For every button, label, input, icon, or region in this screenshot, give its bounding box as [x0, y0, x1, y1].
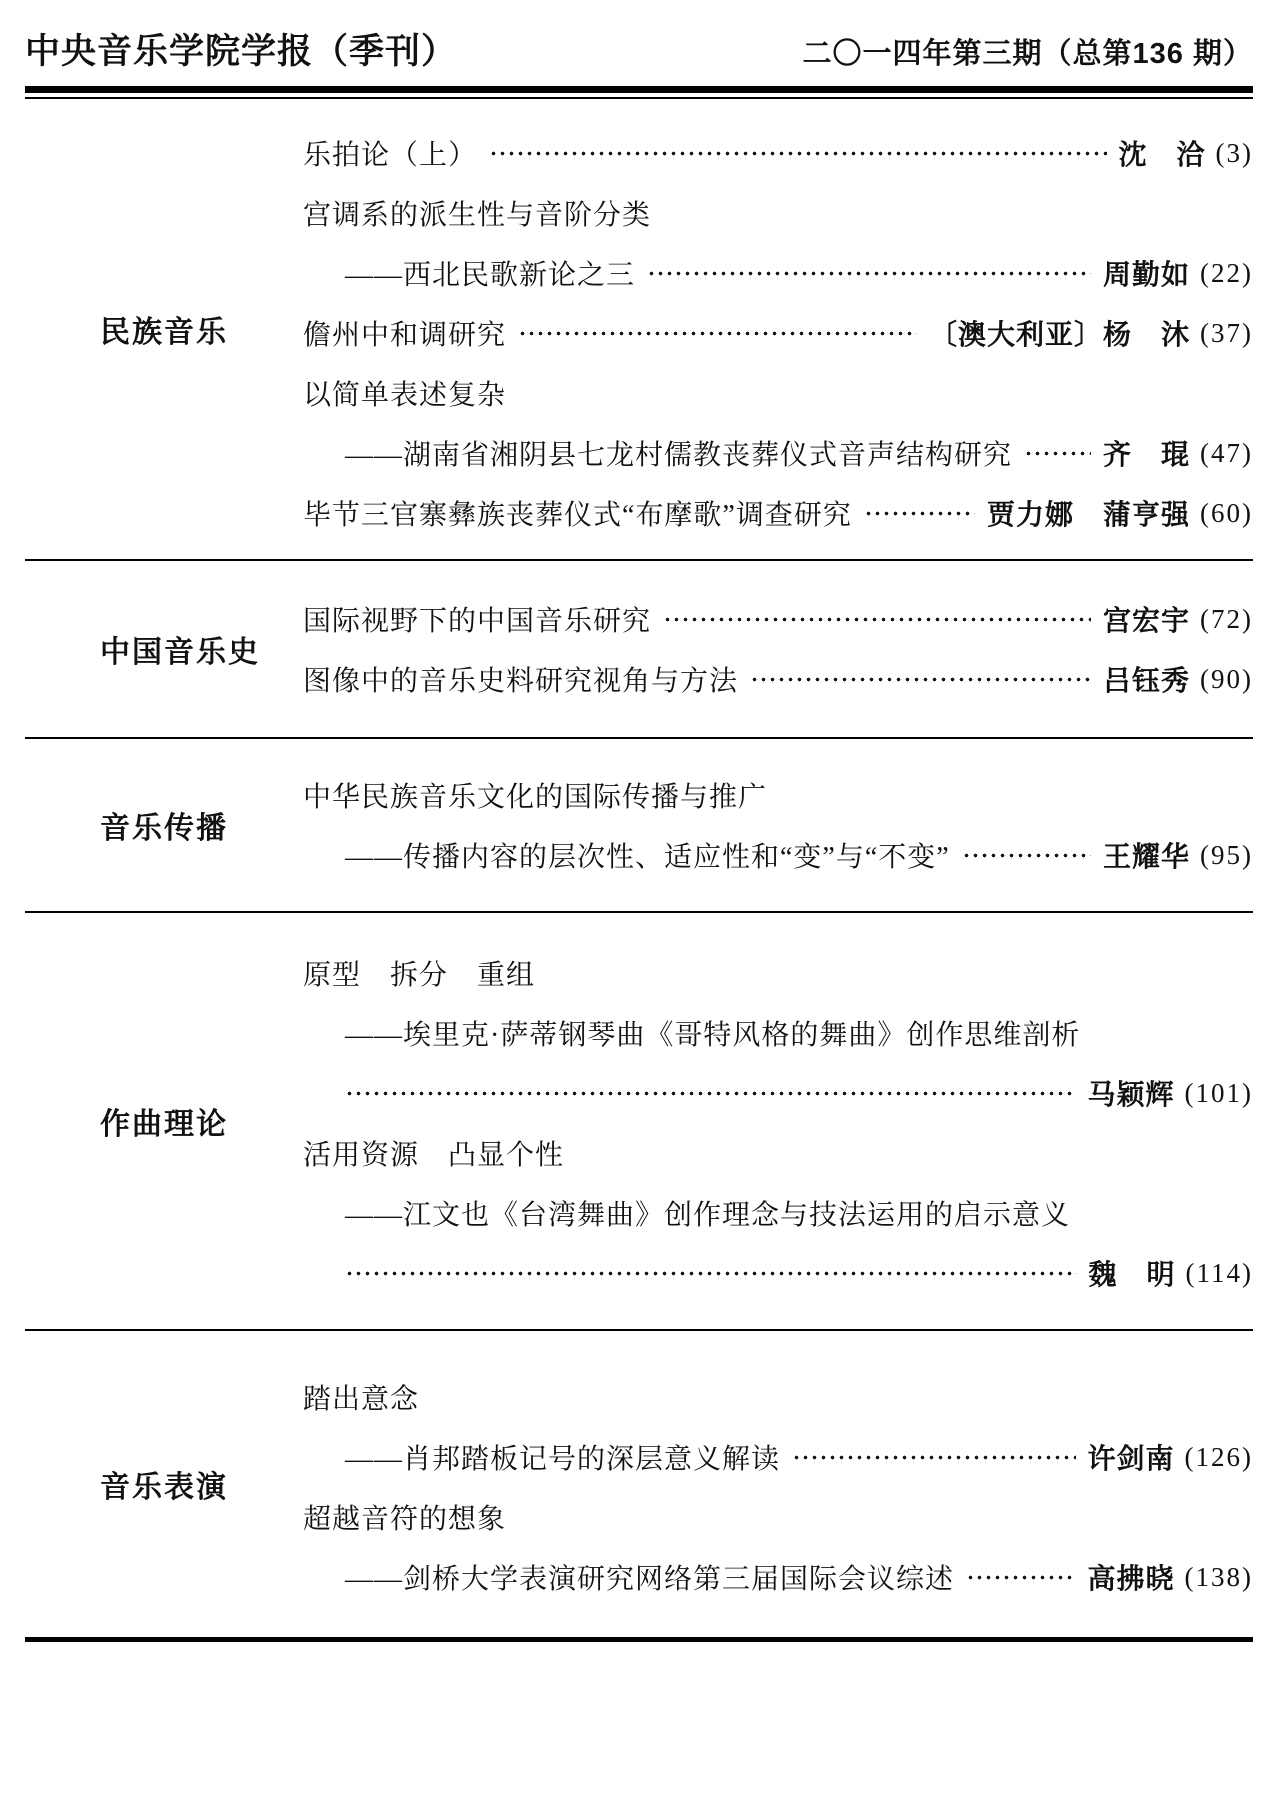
toc-entry-row: 马颖辉(101) — [303, 1063, 1253, 1123]
section-label: 音乐传播 — [25, 803, 228, 847]
toc-entry-row: ——传播内容的层次性、适应性和“变”与“不变”王耀华(95) — [303, 825, 1253, 885]
entry-author: 魏 明 — [1089, 1253, 1176, 1293]
dot-leader — [345, 1063, 1076, 1123]
toc-entry-row: 毕节三官寨彝族丧葬仪式“布摩歌”调查研究贾力娜 蒲亨强(60) — [303, 483, 1253, 543]
toc-entry-row: ——剑桥大学表演研究网络第三届国际会议综述高拂晓(138) — [303, 1547, 1253, 1607]
entry-title: 中华民族音乐文化的国际传播与推广 — [303, 775, 767, 815]
section-rows: 踏出意念——肖邦踏板记号的深层意义解读许剑南(126)超越音符的想象——剑桥大学… — [303, 1331, 1253, 1637]
toc-section-音乐传播: 音乐传播中华民族音乐文化的国际传播与推广——传播内容的层次性、适应性和“变”与“… — [25, 739, 1253, 911]
entry-author: 王耀华 — [1103, 835, 1190, 875]
entry-title: 宫调系的派生性与音阶分类 — [303, 193, 651, 233]
section-label-column: 作曲理论 — [25, 913, 303, 1329]
toc-entry-row: 宫调系的派生性与音阶分类 — [303, 183, 1253, 243]
dot-leader — [345, 1243, 1077, 1303]
journal-title: 中央音乐学院学报（季刊） — [25, 24, 457, 74]
entry-title: 超越音符的想象 — [303, 1497, 506, 1537]
entry-page-number: (90) — [1200, 664, 1253, 695]
toc-entry-row: 超越音符的想象 — [303, 1487, 1253, 1547]
entry-title: ——剑桥大学表演研究网络第三届国际会议综述 — [345, 1557, 954, 1597]
entry-page-number: (60) — [1200, 498, 1253, 529]
entry-page-number: (95) — [1200, 840, 1253, 871]
section-rows: 国际视野下的中国音乐研究宫宏宇(72)图像中的音乐史料研究视角与方法吕钰秀(90… — [303, 561, 1253, 737]
entry-author: 周勤如 — [1103, 253, 1190, 293]
toc-entry-row: 以简单表述复杂 — [303, 363, 1253, 423]
section-label-column: 中国音乐史 — [25, 561, 303, 737]
dot-leader — [647, 243, 1091, 303]
bottom-rule — [25, 1637, 1253, 1642]
entry-author: 高拂晓 — [1088, 1557, 1175, 1597]
toc-entry-row: ——湖南省湘阴县七龙村儒教丧葬仪式音声结构研究齐 琨(47) — [303, 423, 1253, 483]
entry-author: 贾力娜 蒲亨强 — [987, 493, 1190, 533]
section-label: 民族音乐 — [25, 307, 228, 351]
entry-title: 儋州中和调研究 — [303, 313, 506, 353]
toc-section-中国音乐史: 中国音乐史国际视野下的中国音乐研究宫宏宇(72)图像中的音乐史料研究视角与方法吕… — [25, 561, 1253, 737]
entry-page-number: (138) — [1185, 1562, 1253, 1593]
toc-entry-row: 图像中的音乐史料研究视角与方法吕钰秀(90) — [303, 649, 1253, 709]
dot-leader — [792, 1427, 1075, 1487]
toc-entry-row: 中华民族音乐文化的国际传播与推广 — [303, 765, 1253, 825]
entry-author: 〔澳大利亚〕杨 沐 — [929, 313, 1190, 353]
entry-author: 宫宏宇 — [1103, 599, 1190, 639]
entry-title: 以简单表述复杂 — [303, 373, 506, 413]
toc-section-作曲理论: 作曲理论原型 拆分 重组——埃里克·萨蒂钢琴曲《哥特风格的舞曲》创作思维剖析马颖… — [25, 913, 1253, 1329]
toc-entry-row: 国际视野下的中国音乐研究宫宏宇(72) — [303, 589, 1253, 649]
section-label: 作曲理论 — [25, 1099, 228, 1143]
entry-title: 踏出意念 — [303, 1377, 419, 1417]
entry-title: 原型 拆分 重组 — [303, 953, 535, 993]
toc-entry-row: 原型 拆分 重组 — [303, 943, 1253, 1003]
toc-entry-row: ——埃里克·萨蒂钢琴曲《哥特风格的舞曲》创作思维剖析 — [303, 1003, 1253, 1063]
section-label-column: 音乐表演 — [25, 1331, 303, 1637]
entry-page-number: (3) — [1216, 138, 1253, 169]
toc-entry-row: 儋州中和调研究〔澳大利亚〕杨 沐(37) — [303, 303, 1253, 363]
entry-author: 沈 洽 — [1119, 133, 1206, 173]
toc-entry-row: ——江文也《台湾舞曲》创作理念与技法运用的启示意义 — [303, 1183, 1253, 1243]
entry-title: ——肖邦踏板记号的深层意义解读 — [345, 1437, 780, 1477]
entry-title: 毕节三官寨彝族丧葬仪式“布摩歌”调查研究 — [303, 493, 852, 533]
section-label: 音乐表演 — [25, 1462, 228, 1506]
entry-author: 许剑南 — [1088, 1437, 1175, 1477]
issue-info: 二〇一四年第三期（总第136 期） — [803, 31, 1253, 74]
toc-entry-row: ——西北民歌新论之三周勤如(22) — [303, 243, 1253, 303]
toc-entry-row: 活用资源 凸显个性 — [303, 1123, 1253, 1183]
entry-page-number: (22) — [1200, 258, 1253, 289]
dot-leader — [489, 123, 1106, 183]
toc-entry-row: 乐拍论（上）沈 洽(3) — [303, 123, 1253, 183]
entry-page-number: (47) — [1200, 438, 1253, 469]
toc-entry-row: ——肖邦踏板记号的深层意义解读许剑南(126) — [303, 1427, 1253, 1487]
toc-content: 民族音乐乐拍论（上）沈 洽(3)宫调系的派生性与音阶分类——西北民歌新论之三周勤… — [25, 99, 1253, 1642]
entry-page-number: (101) — [1185, 1078, 1253, 1109]
dot-leader — [750, 649, 1091, 709]
entry-title: 图像中的音乐史料研究视角与方法 — [303, 659, 738, 699]
header-rule-thick — [25, 86, 1253, 93]
section-rows: 中华民族音乐文化的国际传播与推广——传播内容的层次性、适应性和“变”与“不变”王… — [303, 739, 1253, 911]
entry-page-number: (126) — [1185, 1442, 1253, 1473]
toc-section-音乐表演: 音乐表演踏出意念——肖邦踏板记号的深层意义解读许剑南(126)超越音符的想象——… — [25, 1331, 1253, 1637]
toc-entry-row: 魏 明(114) — [303, 1243, 1253, 1303]
entry-page-number: (114) — [1186, 1258, 1253, 1289]
section-label-column: 音乐传播 — [25, 739, 303, 911]
entry-title: 乐拍论（上） — [303, 133, 477, 173]
entry-page-number: (72) — [1200, 604, 1253, 635]
dot-leader — [1024, 423, 1091, 483]
journal-toc-page: 中央音乐学院学报（季刊） 二〇一四年第三期（总第136 期） 民族音乐乐拍论（上… — [0, 0, 1278, 1802]
toc-entry-row: 踏出意念 — [303, 1367, 1253, 1427]
entry-title: 活用资源 凸显个性 — [303, 1133, 564, 1173]
dot-leader — [962, 825, 1091, 885]
entry-title: ——湖南省湘阴县七龙村儒教丧葬仪式音声结构研究 — [345, 433, 1012, 473]
dot-leader — [518, 303, 917, 363]
entry-title: ——埃里克·萨蒂钢琴曲《哥特风格的舞曲》创作思维剖析 — [345, 1013, 1080, 1053]
dot-leader — [663, 589, 1091, 649]
entry-author: 马颖辉 — [1088, 1073, 1175, 1113]
section-label: 中国音乐史 — [25, 627, 260, 671]
toc-section-民族音乐: 民族音乐乐拍论（上）沈 洽(3)宫调系的派生性与音阶分类——西北民歌新论之三周勤… — [25, 99, 1253, 559]
entry-title: ——传播内容的层次性、适应性和“变”与“不变” — [345, 835, 950, 875]
section-label-column: 民族音乐 — [25, 99, 303, 559]
dot-leader — [966, 1547, 1075, 1607]
section-rows: 原型 拆分 重组——埃里克·萨蒂钢琴曲《哥特风格的舞曲》创作思维剖析马颖辉(10… — [303, 913, 1253, 1329]
entry-title: 国际视野下的中国音乐研究 — [303, 599, 651, 639]
header-double-rule — [25, 86, 1253, 99]
entry-author: 吕钰秀 — [1103, 659, 1190, 699]
entry-author: 齐 琨 — [1103, 433, 1190, 473]
entry-page-number: (37) — [1200, 318, 1253, 349]
entry-title: ——西北民歌新论之三 — [345, 253, 635, 293]
page-header: 中央音乐学院学报（季刊） 二〇一四年第三期（总第136 期） — [25, 0, 1253, 74]
entry-title: ——江文也《台湾舞曲》创作理念与技法运用的启示意义 — [345, 1193, 1070, 1233]
section-rows: 乐拍论（上）沈 洽(3)宫调系的派生性与音阶分类——西北民歌新论之三周勤如(22… — [303, 99, 1253, 559]
dot-leader — [864, 483, 975, 543]
